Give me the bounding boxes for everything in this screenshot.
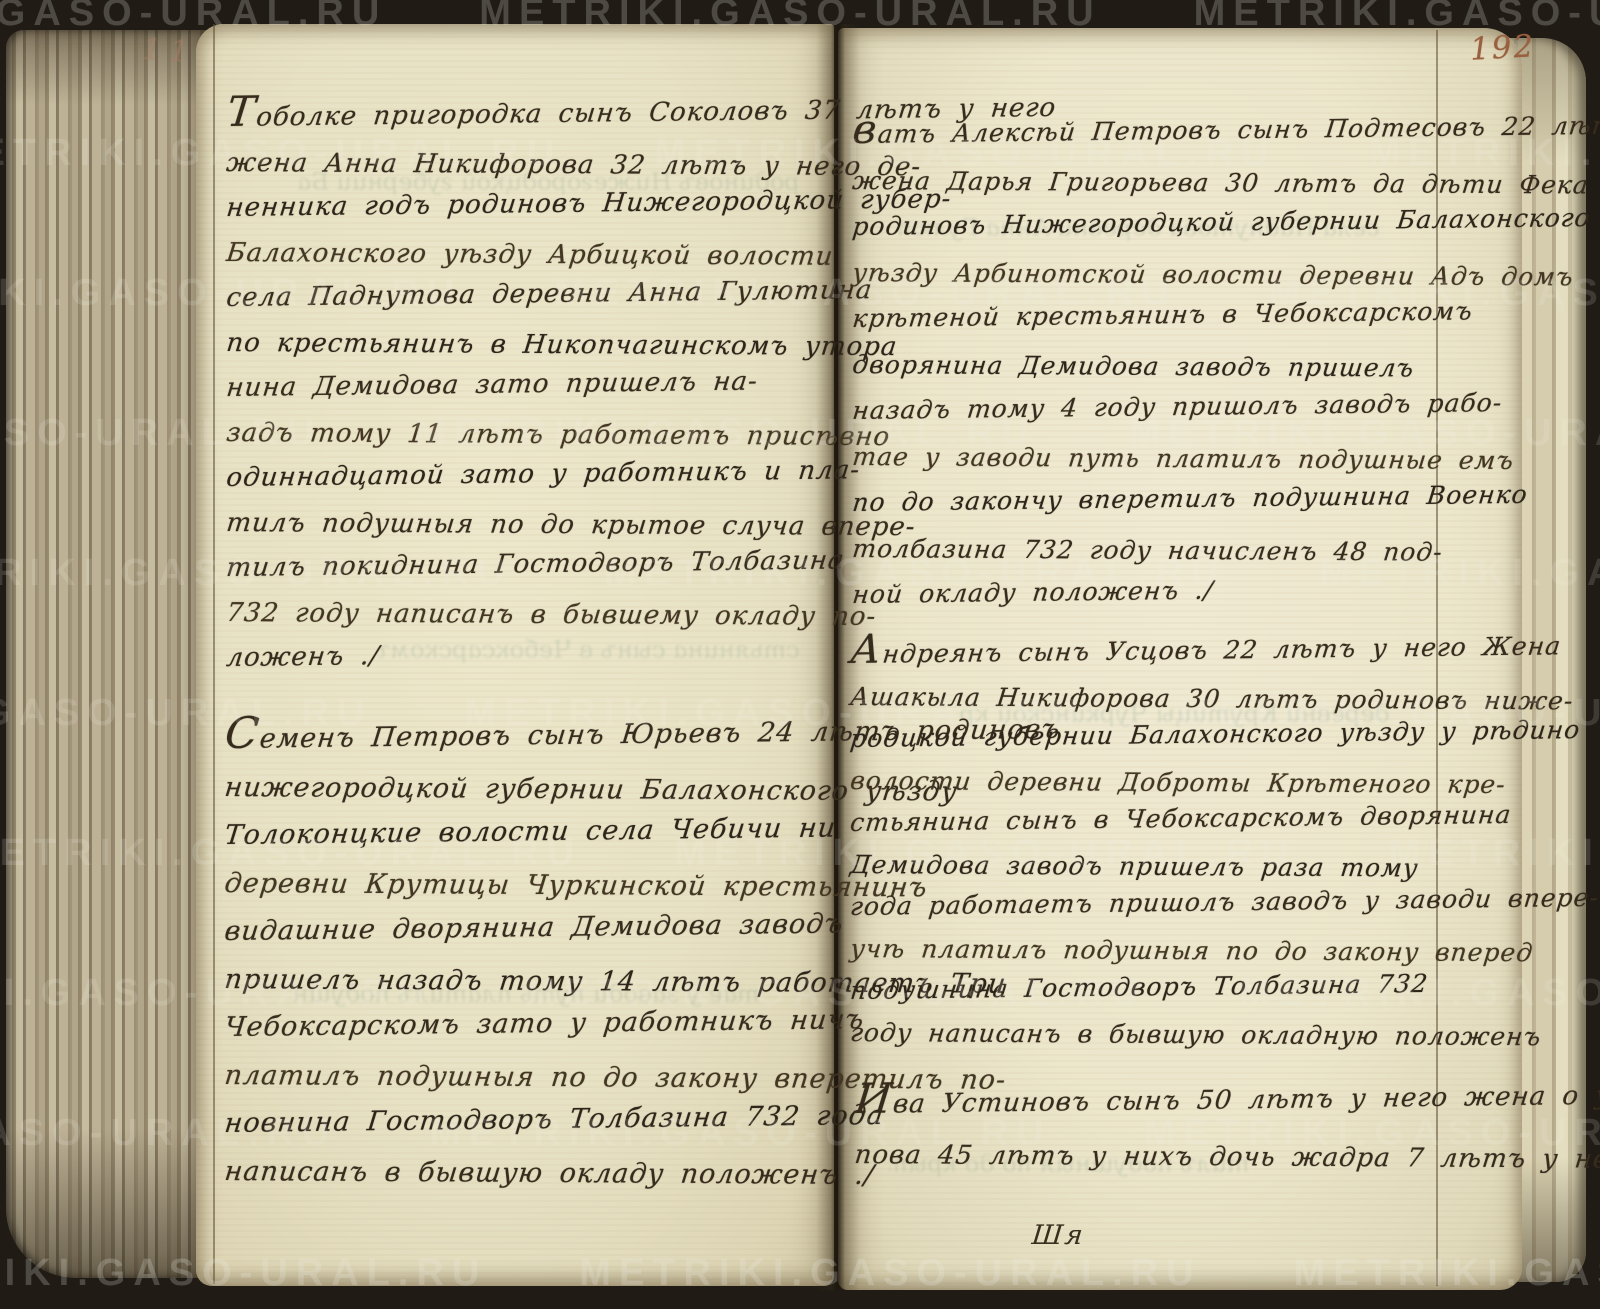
right-page-entry-3: Ива Устиновъ сынъ 50 лѣтъ у него жена о …: [852, 1080, 1600, 1180]
handwritten-line: подушнина Гостодворъ Толбазина 732: [848, 961, 1600, 1012]
faded-corner-mark: 11: [141, 32, 197, 71]
handwritten-line: стьянина сынъ в Чебоксарскомъ дворянина: [848, 793, 1600, 844]
folio-page-number: 192: [1469, 28, 1536, 67]
handwritten-line: года работаетъ пришолъ заводъ у заводи в…: [848, 877, 1600, 928]
left-page-margin-rule: [213, 24, 215, 1284]
handwritten-line: году написанъ в бывшую окладную положенъ: [848, 1012, 1600, 1059]
left-page-stack-edge: [6, 30, 208, 1278]
manuscript-book-photo: родиновъ Нижегородцкой губернии Балахонс…: [0, 0, 1600, 1309]
catchword: Шя: [1030, 1220, 1086, 1251]
handwritten-line: Ива Устиновъ сынъ 50 лѣтъ у него жена о …: [852, 1069, 1600, 1130]
handwritten-line: родцкой губернии Балахонского уѣзду у рѣ…: [848, 709, 1600, 760]
right-page-entry-1: ватъ Алексѣй Петровъ сынъ Подтесовъ 22 л…: [850, 112, 1600, 618]
handwritten-line: Андреянъ сынъ Усцовъ 22 лѣтъ у него Жена: [848, 625, 1600, 676]
handwritten-line: пова 45 лѣтъ у нихъ дочь жадра 7 лѣтъ у …: [852, 1130, 1600, 1186]
right-page-entry-2: Андреянъ сынъ Усцовъ 22 лѣтъ у него Жена…: [848, 634, 1596, 1054]
